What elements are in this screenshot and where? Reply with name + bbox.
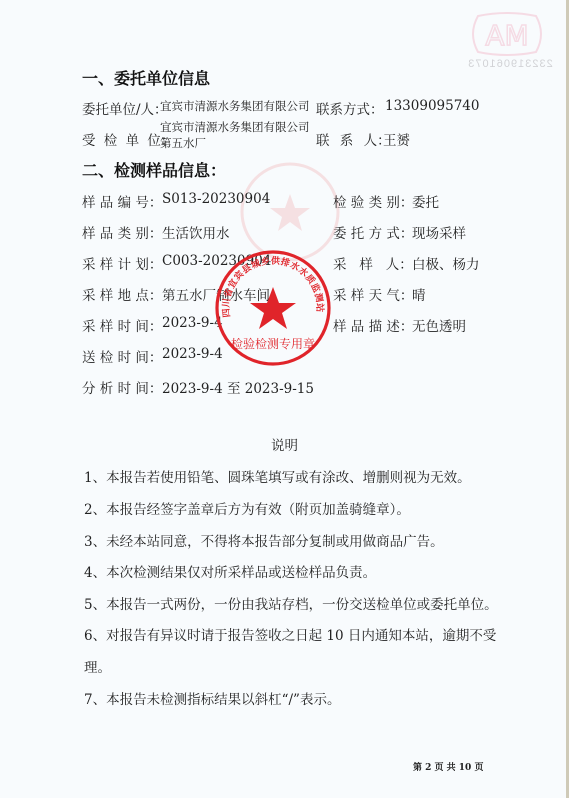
note-item: 5、本报告一式两份，一份由我站存档，一份交送检单位或委托单位。	[84, 593, 498, 613]
official-seal-icon: 四川省宜宾县城乡供排水水质监测站检测 检验检测专用章	[212, 247, 334, 369]
contact-label: 联系方式：	[316, 98, 384, 118]
inspection-type-value: 委托	[412, 191, 439, 211]
client-label: 委托单位/人：	[82, 98, 168, 118]
commission-method-label: 委 托 方 式：	[333, 222, 413, 242]
sampling-time-label: 采 样 时 间：	[82, 315, 162, 335]
note-item-continuation: 理。	[84, 656, 111, 676]
contact-value: 13309095740	[385, 98, 479, 114]
inspected-value-line2: 第五水厂	[160, 136, 206, 151]
sample-category-value: 生活饮用水	[162, 222, 230, 242]
note-item: 2、本报告经签字盖章后方为有效（附页加盖骑缝章）。	[84, 498, 410, 518]
svg-text:检验检测专用章: 检验检测专用章	[231, 336, 315, 351]
sample-id-value: S013-20230904	[162, 191, 270, 207]
sampling-plan-label: 采 样 计 划：	[82, 253, 162, 273]
note-item: 7、本报告未检测指标结果以斜杠“/”表示。	[84, 688, 340, 708]
client-value: 宜宾市清源水务集团有限公司	[160, 99, 310, 114]
section1-title: 一、委托单位信息	[82, 66, 210, 89]
note-item: 1、本报告若使用铅笔、圆珠笔填写或有涂改、增删则视为无效。	[84, 466, 471, 486]
svg-text:AM: AM	[485, 19, 528, 52]
contact-person-value: 王赟	[383, 129, 410, 149]
sampling-weather-label: 采 样 天 气：	[333, 284, 413, 304]
analysis-time-label: 分 析 时 间：	[82, 377, 162, 397]
note-item: 6、对报告有异议时请于报告签收之日起 10 日内通知本站，逾期不受	[84, 624, 496, 644]
cma-number: 232319061073	[465, 58, 555, 70]
submission-time-label: 送 检 时 间：	[82, 346, 162, 366]
sample-description-value: 无色透明	[412, 315, 466, 335]
sample-category-label: 样 品 类 别：	[82, 222, 162, 242]
note-item: 3、未经本站同意，不得将本报告部分复制或用做商品广告。	[84, 530, 444, 550]
sampler-value: 白极、杨力	[412, 253, 480, 273]
inspected-value-line1: 宜宾市清源水务集团有限公司	[160, 120, 310, 135]
sampling-weather-value: 晴	[412, 284, 426, 304]
section2-title: 二、检测样品信息：	[82, 158, 226, 181]
sample-id-label: 样 品 编 号：	[82, 191, 162, 211]
notes-title: 说明	[271, 434, 298, 454]
analysis-time-value: 2023-9-4 至 2023-9-15	[162, 377, 314, 397]
sample-description-label: 样 品 描 述：	[333, 315, 413, 335]
inspection-type-label: 检 验 类 别：	[333, 191, 413, 211]
contact-person-label: 联 系 人：	[316, 129, 391, 149]
page-number: 第 2 页 共 10 页	[413, 760, 483, 773]
sampling-location-label: 采 样 地 点：	[82, 284, 162, 304]
sampler-label: 采 样 人：	[333, 253, 413, 273]
note-item: 4、本次检测结果仅对所采样品或送检样品负责。	[84, 561, 376, 581]
cma-logo-icon: AM	[468, 12, 546, 56]
commission-method-value: 现场采样	[412, 222, 466, 242]
